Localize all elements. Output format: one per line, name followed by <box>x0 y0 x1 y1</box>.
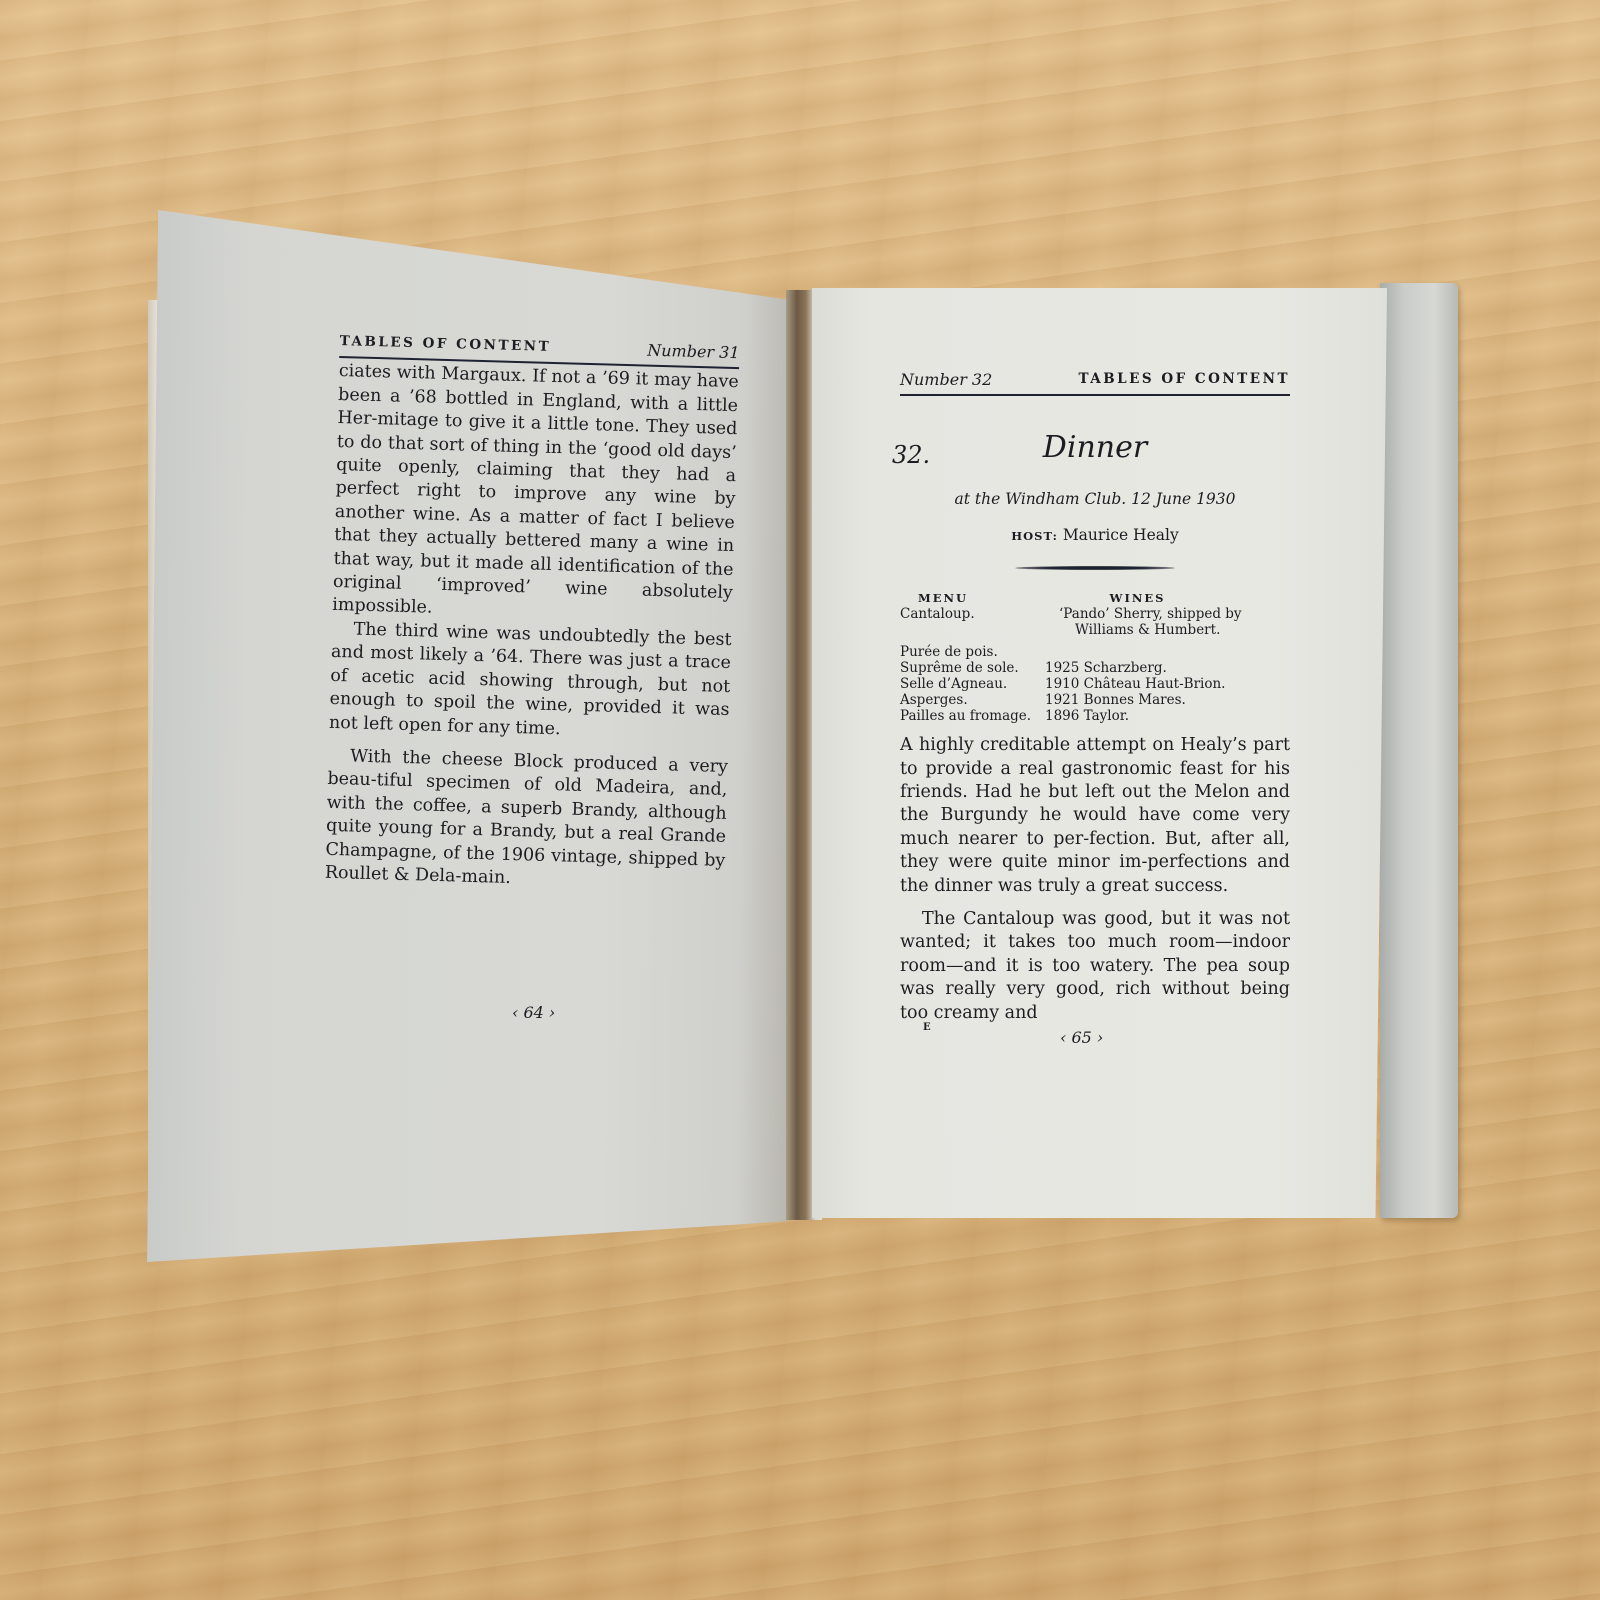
menu-wine: 1921 Bonnes Mares. <box>1045 692 1290 708</box>
menu-dish: Selle d’Agneau. <box>900 676 1045 692</box>
menu-wine-table: MENU WINES Cantaloup. ‘Pando’ Sherry, sh… <box>900 590 1290 724</box>
host-label: HOST: <box>1011 529 1058 543</box>
paragraph: The third wine was undoubtedly the best … <box>329 618 732 746</box>
signature-mark: E <box>923 1022 931 1033</box>
right-page-text: Number 32 TABLES OF CONTENT 32. Dinner a… <box>900 368 1290 1025</box>
paragraph: A highly creditable attempt on Healy’s p… <box>900 734 1290 898</box>
chapter-title: Dinner <box>900 436 1290 459</box>
menu-dish: Suprême de sole. <box>900 660 1045 676</box>
menu-wine: 1896 Taylor. <box>1045 708 1290 724</box>
menu-wine: ‘Pando’ Sherry, shipped by Williams & Hu… <box>1045 606 1290 638</box>
decorative-rule <box>1015 566 1175 570</box>
menu-dish: Pailles au fromage. <box>900 708 1045 724</box>
book-back-cover <box>1380 283 1458 1218</box>
wines-header: WINES <box>1045 590 1290 606</box>
menu-wine <box>1045 644 1290 660</box>
chapter-heading: 32. Dinner <box>900 436 1290 496</box>
entry-number: Number 32 <box>900 368 992 391</box>
left-page-text: TABLES OF CONTENT Number 31 ciates with … <box>324 330 739 896</box>
menu-dish: Asperges. <box>900 692 1045 708</box>
menu-wine: 1910 Château Haut-Brion. <box>1045 676 1290 692</box>
page-number-right: ‹ 65 › <box>1060 1028 1103 1047</box>
page-number-left: ‹ 64 › <box>512 1003 555 1022</box>
menu-header: MENU <box>900 590 1045 606</box>
host-line: HOST: Maurice Healy <box>900 524 1290 548</box>
menu-dish: Purée de pois. <box>900 644 1045 660</box>
menu-dish: Cantaloup. <box>900 606 1045 638</box>
paragraph: The Cantaloup was good, but it was not w… <box>900 908 1290 1025</box>
right-running-header: Number 32 TABLES OF CONTENT <box>900 368 1290 396</box>
entry-number: Number 31 <box>647 339 740 365</box>
paragraph: With the cheese Block produced a very be… <box>324 745 728 897</box>
menu-wine: 1925 Scharzberg. <box>1045 660 1290 676</box>
running-head-title: TABLES OF CONTENT <box>339 330 551 359</box>
paragraph: ciates with Margaux. If not a ’69 it may… <box>332 360 739 629</box>
running-head-title: TABLES OF CONTENT <box>1078 368 1290 391</box>
host-name: Maurice Healy <box>1063 526 1179 544</box>
